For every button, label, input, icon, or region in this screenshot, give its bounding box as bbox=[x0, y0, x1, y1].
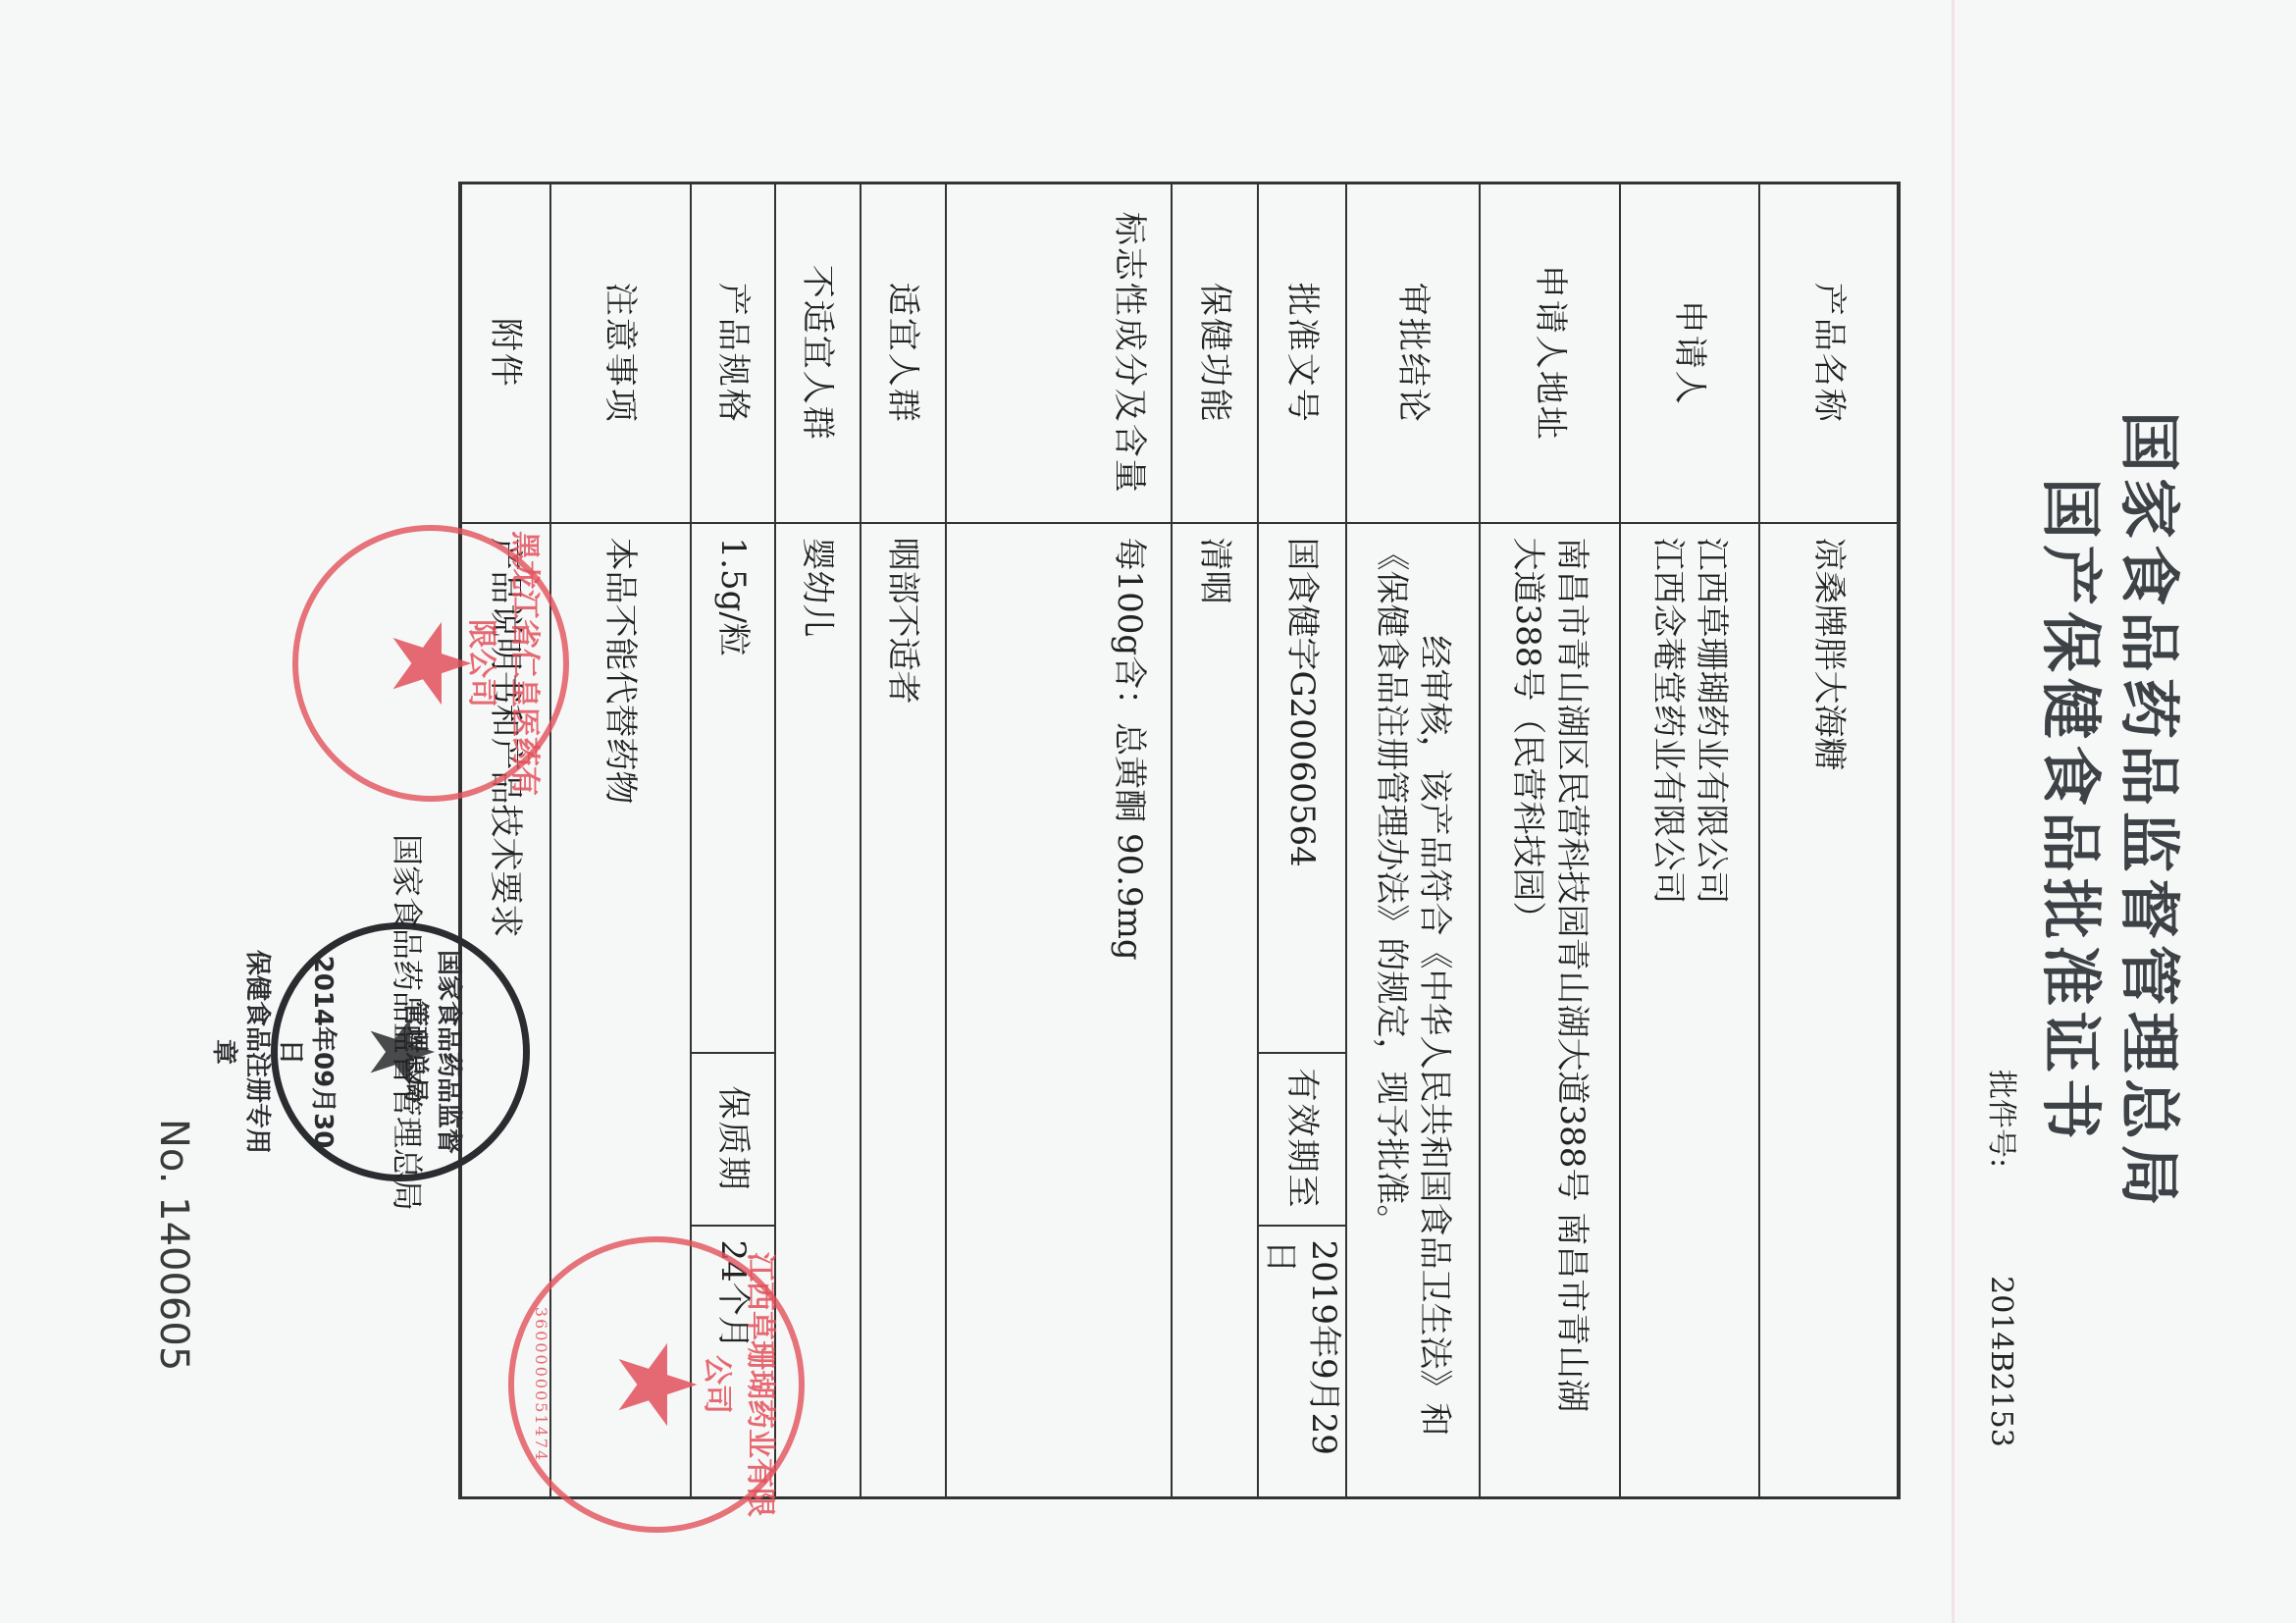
label-health-function: 保健功能 bbox=[1172, 183, 1258, 523]
scan-fold-line bbox=[1952, 0, 1955, 1623]
approval-number-label: 批件号: bbox=[1984, 1070, 2018, 1168]
label-applicant: 申请人 bbox=[1620, 183, 1759, 523]
table-row-suitable-group: 适宜人群 咽部不适者 bbox=[861, 183, 946, 1498]
address-line-1: 南昌市青山湖区民营科技园青山湖大道388号 南昌市青山湖 bbox=[1550, 538, 1593, 1484]
label-product-spec: 产品规格 bbox=[691, 183, 775, 523]
distributor-seal: 黑龙江省仁皇医药有限公司 ★ bbox=[292, 525, 569, 802]
value-applicant: 江西草珊瑚药业有限公司 江西念菴堂药业有限公司 bbox=[1620, 523, 1759, 1498]
conclusion-line-1: 经审核，该产品符合《中华人民共和国食品卫生法》和 bbox=[1413, 538, 1456, 1484]
label-valid-until: 有效期至 bbox=[1258, 1053, 1346, 1226]
company-seal: 江西草珊瑚药业有限公司 ★ 3600000051474 bbox=[508, 1236, 805, 1533]
approval-number: 批件号:2014B2153 bbox=[1983, 1070, 2026, 1447]
certificate-title: 国产保健食品批准证书 bbox=[2032, 0, 2119, 1623]
table-row-approval-doc: 批准文号 国食健字G20060564 有效期至 2019年9月29日 bbox=[1258, 183, 1346, 1498]
value-conclusion: 经审核，该产品符合《中华人民共和国食品卫生法》和 《保健食品注册管理办法》的规定… bbox=[1346, 523, 1480, 1498]
label-approval-doc: 批准文号 bbox=[1258, 183, 1346, 523]
label-suitable-group: 适宜人群 bbox=[861, 183, 946, 523]
label-unsuitable-group: 不适宜人群 bbox=[775, 183, 861, 523]
address-line-2: 大道388号（民营科技园） bbox=[1506, 538, 1549, 1484]
label-attachments: 附件 bbox=[460, 183, 550, 523]
certificate-page: 国家食品药品监督管理总局 国产保健食品批准证书 批件号:2014B2153 产品… bbox=[0, 0, 2296, 1623]
conclusion-line-2: 《保健食品注册管理办法》的规定，现予批准。 bbox=[1370, 538, 1413, 1484]
approval-number-value: 2014B2153 bbox=[1984, 1276, 2018, 1447]
value-marker-ingredient: 每100g含：总黄酮 90.9mg bbox=[946, 523, 1172, 1498]
table-row-marker-ingredient: 标志性成分及含量 每100g含：总黄酮 90.9mg bbox=[946, 183, 1172, 1498]
table-row-applicant: 申请人 江西草珊瑚药业有限公司 江西念菴堂药业有限公司 bbox=[1620, 183, 1759, 1498]
company-seal-code: 3600000051474 bbox=[532, 1242, 550, 1527]
value-product-spec: 1.5g/粒 bbox=[691, 523, 775, 1053]
label-product-name: 产品名称 bbox=[1759, 183, 1899, 523]
table-row-unsuitable-group: 不适宜人群 婴幼儿 bbox=[775, 183, 861, 1498]
distributor-seal-text: 黑龙江省仁皇医药有限公司 bbox=[463, 531, 549, 796]
value-approval-doc: 国食健字G20060564 bbox=[1258, 523, 1346, 1053]
table-row-applicant-address: 申请人地址 南昌市青山湖区民营科技园青山湖大道388号 南昌市青山湖 大道388… bbox=[1480, 183, 1620, 1498]
applicant-1: 江西草珊瑚药业有限公司 bbox=[1690, 538, 1733, 1484]
star-icon: ★ bbox=[602, 1336, 710, 1434]
table-row-conclusion: 审批结论 经审核，该产品符合《中华人民共和国食品卫生法》和 《保健食品注册管理办… bbox=[1346, 183, 1480, 1498]
table-row-product-name: 产品名称 凉桑牌胖大海糖 bbox=[1759, 183, 1899, 1498]
value-valid-until: 2019年9月29日 bbox=[1258, 1226, 1346, 1498]
company-seal-text: 江西草珊瑚药业有限公司 bbox=[699, 1242, 785, 1527]
authority-title: 国家食品药品监督管理总局 bbox=[2111, 0, 2198, 1623]
value-product-name: 凉桑牌胖大海糖 bbox=[1759, 523, 1899, 1498]
issuing-authority: 国家食品药品监督管理总局 bbox=[387, 834, 432, 1211]
label-conclusion: 审批结论 bbox=[1346, 183, 1480, 523]
value-applicant-address: 南昌市青山湖区民营科技园青山湖大道388号 南昌市青山湖 大道388号（民营科技… bbox=[1480, 523, 1620, 1498]
applicant-2: 江西念菴堂药业有限公司 bbox=[1646, 538, 1690, 1484]
table-row-health-function: 保健功能 清咽 bbox=[1172, 183, 1258, 1498]
value-health-function: 清咽 bbox=[1172, 523, 1258, 1498]
label-shelf-life: 保质期 bbox=[691, 1053, 775, 1226]
label-precautions: 注意事项 bbox=[550, 183, 691, 523]
serial-number: No. 1400605 bbox=[151, 1119, 196, 1371]
value-suitable-group: 咽部不适者 bbox=[861, 523, 946, 1498]
label-applicant-address: 申请人地址 bbox=[1480, 183, 1620, 523]
label-marker-ingredient: 标志性成分及含量 bbox=[946, 183, 1172, 523]
